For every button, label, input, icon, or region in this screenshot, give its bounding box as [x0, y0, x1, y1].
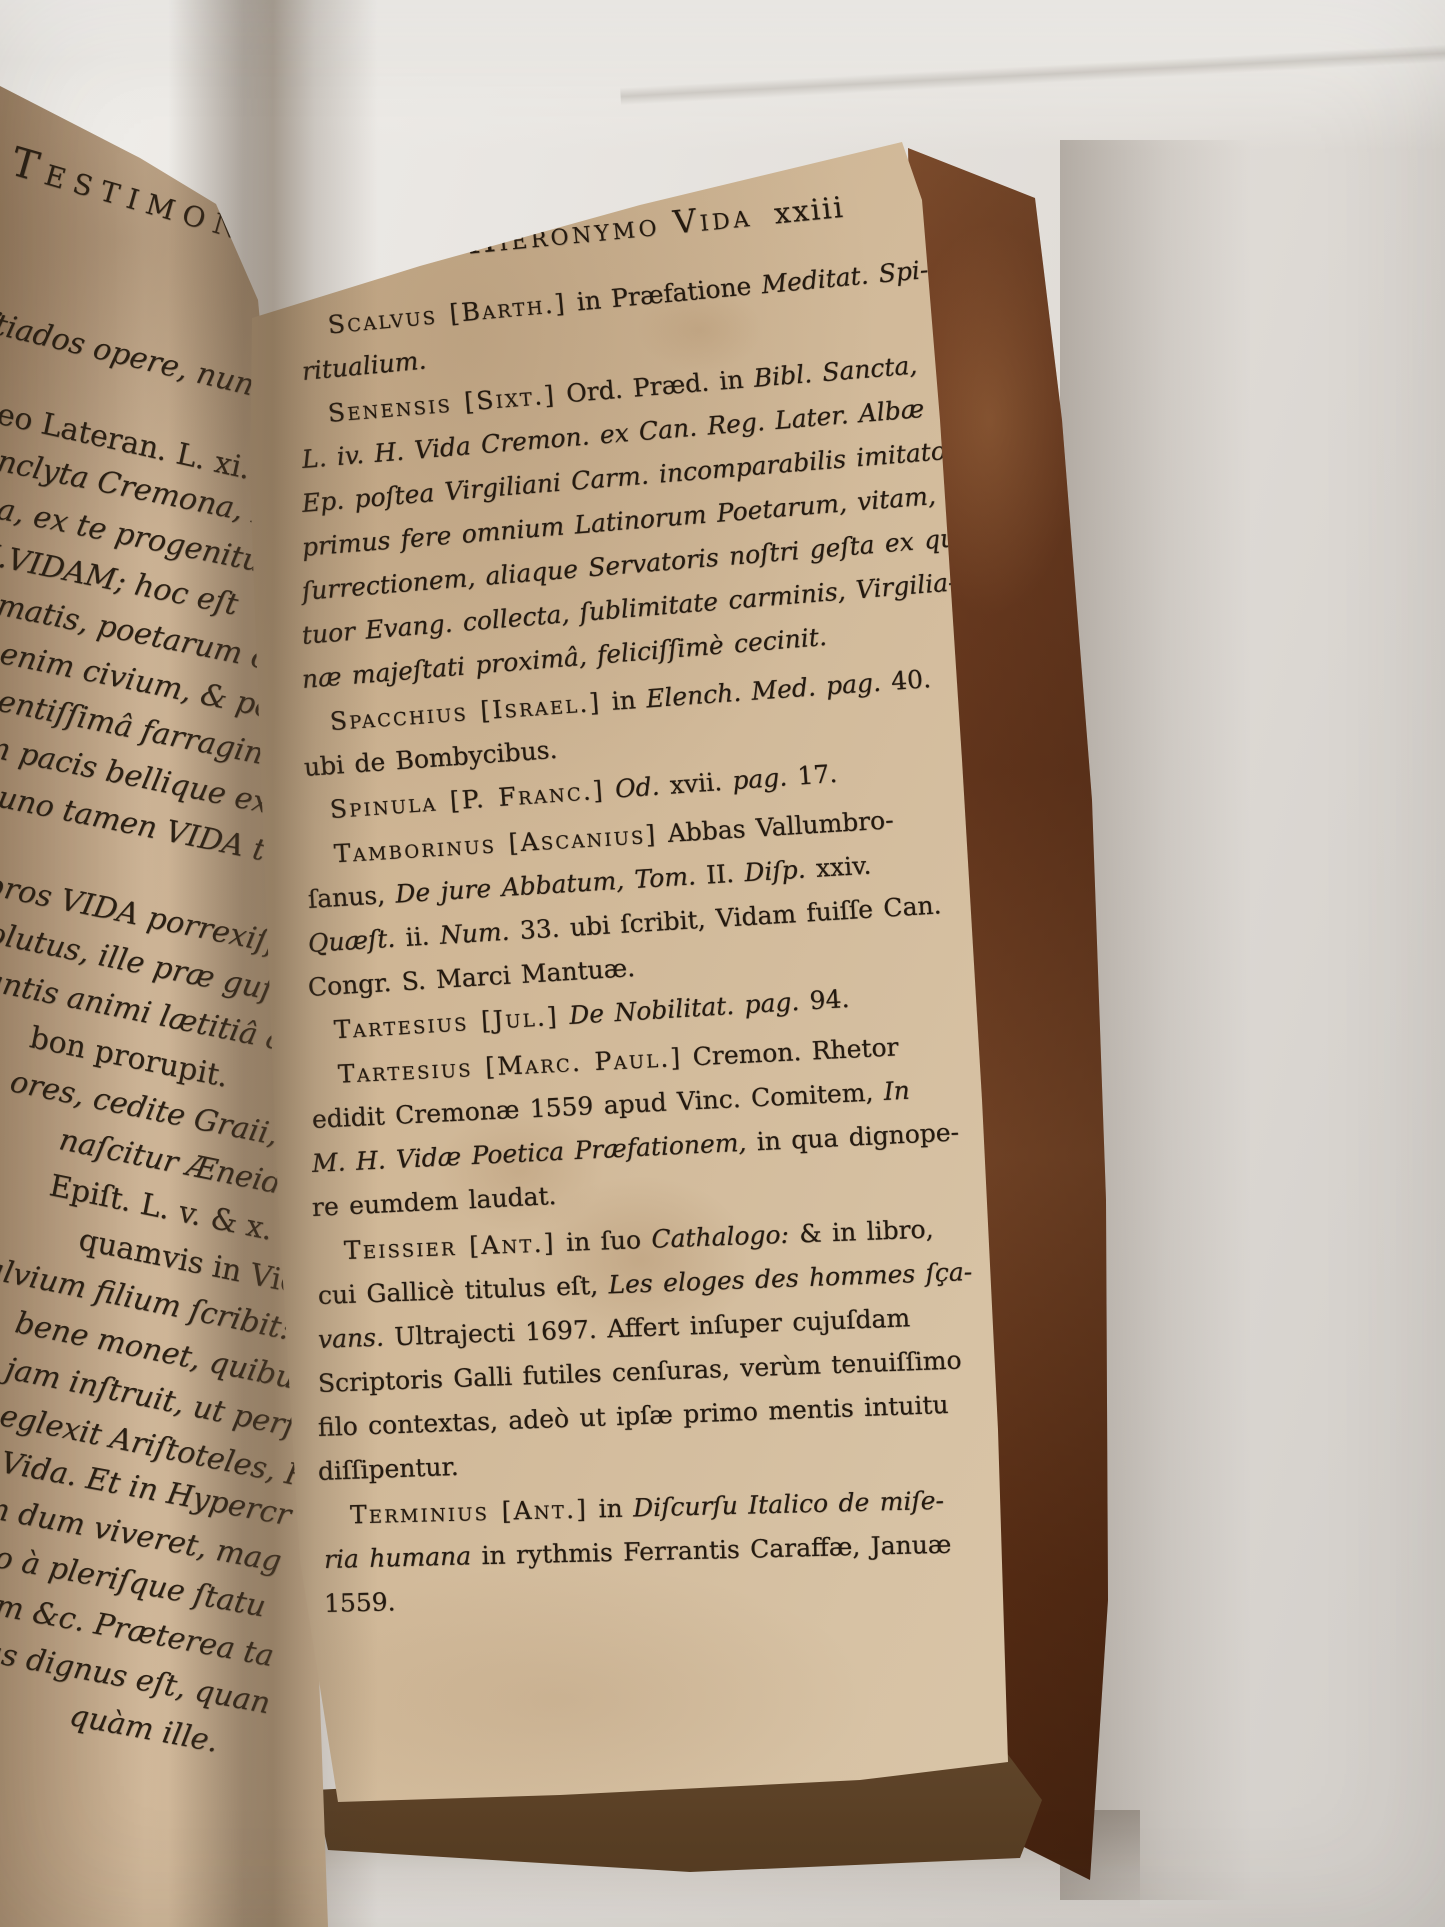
- text-segment: In: [883, 1076, 910, 1106]
- text-segment: ria humana: [324, 1541, 472, 1574]
- text-segment: pag.: [731, 762, 788, 795]
- text-segment: 94.: [798, 984, 850, 1016]
- text-segment: Les eloges des hommes ſça-: [608, 1257, 973, 1299]
- right-page-text-column: Scalvus [Barth.] in Præfatione Meditat. …: [302, 306, 922, 1626]
- text-segment: Tartesius [Jul.]: [333, 1002, 560, 1045]
- text-segment: cui Gallicè titulus eſt,: [317, 1270, 609, 1310]
- text-segment: 17.: [786, 759, 838, 792]
- text-segment: re eumdem laudat.: [311, 1181, 557, 1222]
- text-segment: Cathalogo:: [651, 1220, 790, 1254]
- text-segment: Od.: [614, 772, 660, 804]
- text-segment: diſſipentur.: [317, 1452, 459, 1486]
- text-segment: Tom.: [634, 861, 697, 894]
- text-segment: Diſcurſu Italico de miſe-: [633, 1486, 945, 1523]
- text-segment: Diſp.: [743, 855, 806, 888]
- text-segment: xvii.: [658, 766, 733, 800]
- text-segment: in: [588, 1493, 634, 1523]
- text-segment: in: [600, 685, 647, 717]
- text-segment: Terminius [Ant.]: [350, 1495, 589, 1530]
- text-segment: 1559.: [324, 1587, 396, 1618]
- text-segment: xxiv.: [805, 851, 872, 884]
- text-segment: II.: [695, 858, 745, 890]
- text-segment: Teissier [Ant.]: [343, 1228, 556, 1265]
- text-segment: Abbas Vallumbro-: [656, 805, 894, 848]
- text-segment: 40.: [880, 664, 932, 697]
- text-segment: in ſuo: [555, 1225, 652, 1257]
- text-segment: Meditat. Spi-: [760, 255, 929, 299]
- text-segment: Bibl. Sancta,: [753, 350, 919, 392]
- text-segment: Cremon. Rhetor: [682, 1032, 900, 1072]
- book-photo: Testimonia hriſtiados opere, nunquaceo L…: [0, 0, 1445, 1927]
- text-segment: ii.: [394, 921, 441, 953]
- text-segment: ſanus,: [307, 880, 396, 914]
- text-segment: in rythmis Ferrantis Caraffæ, Januæ: [471, 1530, 952, 1571]
- text-segment: vans.: [317, 1323, 384, 1354]
- text-segment: De Nobilitat. pag.: [568, 987, 800, 1030]
- page-number: xxiii: [772, 190, 846, 231]
- text-segment: & in libro,: [788, 1214, 934, 1248]
- text-segment: in qua dignope-: [746, 1117, 960, 1156]
- text-segment: ritualium.: [301, 346, 428, 386]
- text-segment: De jure Abbatum,: [395, 866, 625, 909]
- text-segment: Num.: [439, 917, 510, 950]
- text-segment: Quæſt.: [307, 924, 396, 958]
